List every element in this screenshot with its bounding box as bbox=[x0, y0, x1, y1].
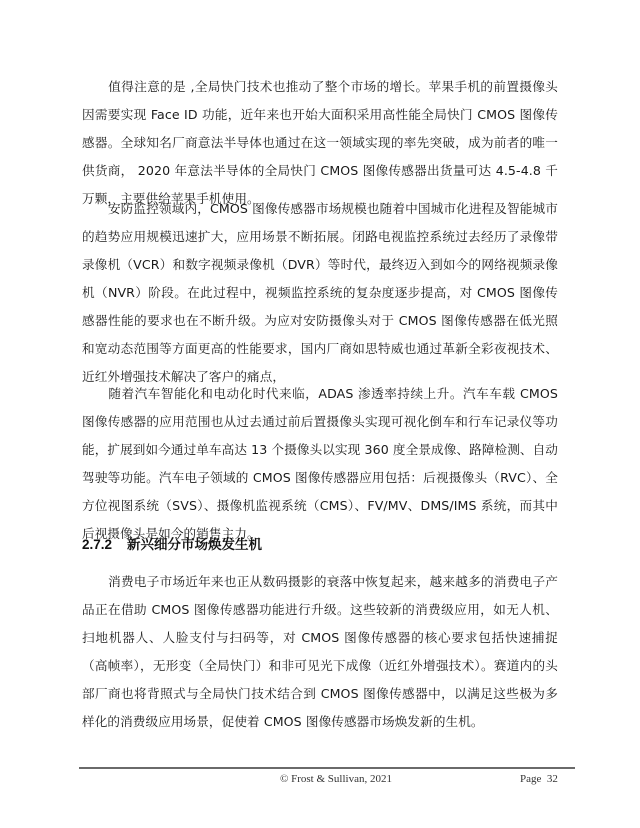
section-title: 新兴细分市场焕发生机 bbox=[127, 537, 262, 552]
section-number: 2.7.2 bbox=[82, 537, 127, 552]
paragraph-security-surveillance: 安防监控领域内，CMOS 图像传感器市场规模也随着中国城市化进程及智能城市的趋势… bbox=[82, 195, 558, 391]
paragraph-global-shutter: 值得注意的是 ,全局快门技术也推动了整个市场的增长。苹果手机的前置摄像头因需要实… bbox=[82, 73, 558, 213]
footer-divider bbox=[79, 767, 575, 769]
paragraph-consumer-electronics: 消费电子市场近年来也正从数码摄影的衰落中恢复起来，越来越多的消费电子产品正在借助… bbox=[82, 568, 558, 736]
paragraph-text: 安防监控领域内，CMOS 图像传感器市场规模也随着中国城市化进程及智能城市的趋势… bbox=[82, 201, 558, 384]
paragraph-text: 消费电子市场近年来也正从数码摄影的衰落中恢复起来，越来越多的消费电子产品正在借助… bbox=[82, 574, 558, 729]
paragraph-text: 随着汽车智能化和电动化时代来临，ADAS 渗透率持续上升。汽车车载 CMOS 图… bbox=[82, 386, 558, 541]
section-heading: 2.7.2新兴细分市场焕发生机 bbox=[82, 533, 262, 553]
page-number: Page 32 bbox=[520, 773, 558, 785]
paragraph-text: 值得注意的是 ,全局快门技术也推动了整个市场的增长。苹果手机的前置摄像头因需要实… bbox=[82, 79, 558, 206]
footer-copyright: © Frost & Sullivan, 2021 bbox=[280, 773, 392, 785]
paragraph-automotive: 随着汽车智能化和电动化时代来临，ADAS 渗透率持续上升。汽车车载 CMOS 图… bbox=[82, 380, 558, 548]
document-page: 值得注意的是 ,全局快门技术也推动了整个市场的增长。苹果手机的前置摄像头因需要实… bbox=[0, 0, 640, 828]
